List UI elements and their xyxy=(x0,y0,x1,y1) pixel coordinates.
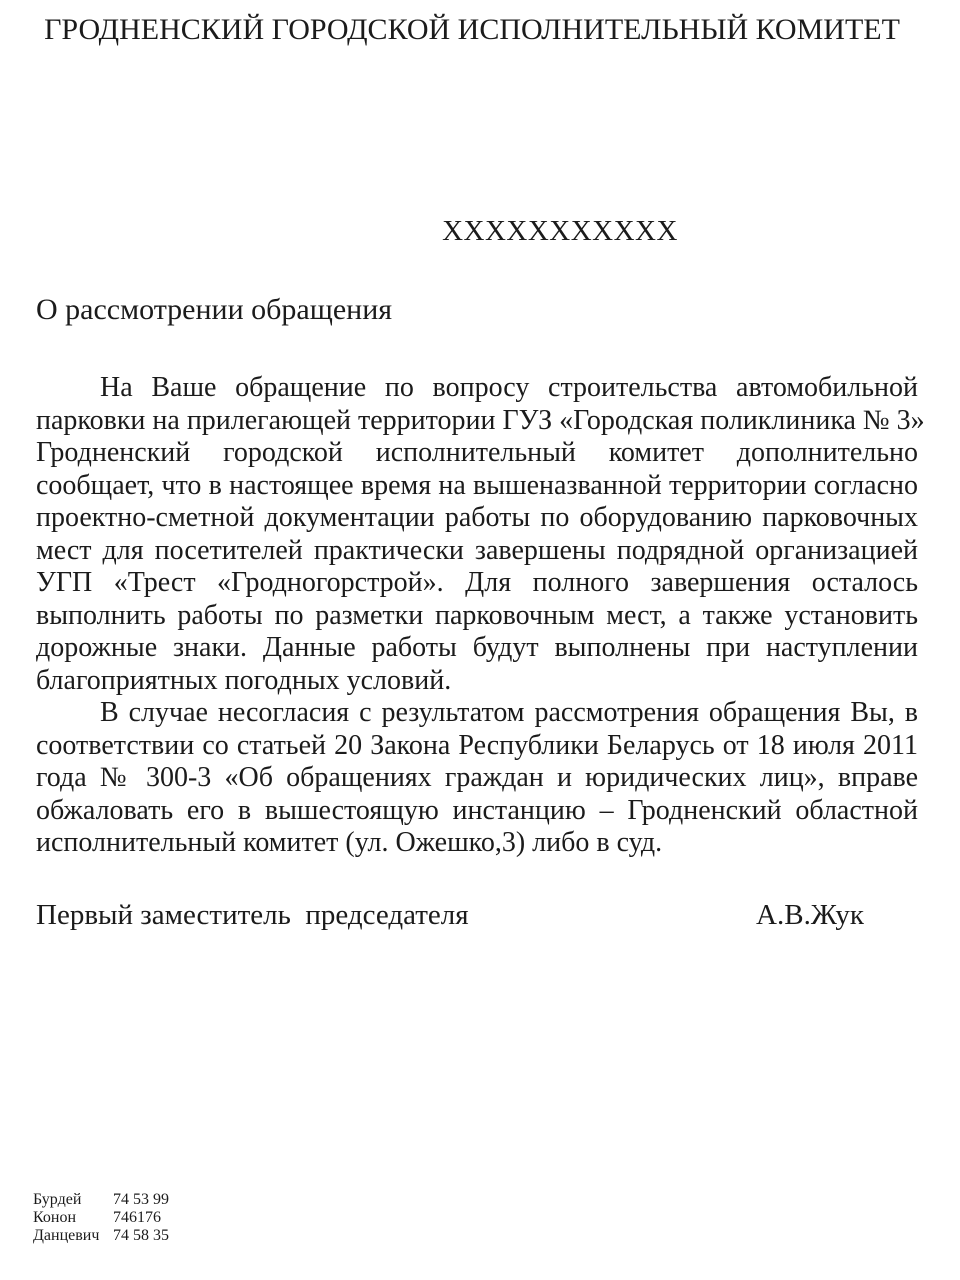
paragraph-line: Гродненский городской исполнительный ком… xyxy=(36,437,918,470)
contact-surname: Конон xyxy=(33,1209,113,1227)
paragraph-line: сообщает, что в настоящее время на вышен… xyxy=(36,470,918,503)
contact-phone: 74 58 35 xyxy=(113,1227,169,1244)
contact-row: Данцевич74 58 35 xyxy=(33,1227,169,1245)
contact-phone: 746176 xyxy=(113,1209,161,1226)
paragraph-line: парковки на прилегающей территории ГУЗ «… xyxy=(36,405,918,438)
paragraph-line: мест для посетителей практически заверше… xyxy=(36,535,918,568)
paragraph-line: благоприятных погодных условий. xyxy=(36,665,918,698)
redacted-recipient-line: ХХХХХХХХХХХ xyxy=(0,214,960,248)
executor-contacts-block: Бурдей74 53 99 Конон746176 Данцевич74 58… xyxy=(33,1191,169,1245)
paragraph-line: выполнить работы по разметки парковочным… xyxy=(36,600,918,633)
paragraph-line: В случае несогласия с результатом рассмо… xyxy=(36,697,918,730)
document-title: ГРОДНЕНСКИЙ ГОРОДСКОЙ ИСПОЛНИТЕЛЬНЫЙ КОМ… xyxy=(0,13,960,47)
contact-surname: Данцевич xyxy=(33,1227,113,1245)
paragraph-2: В случае несогласия с результатом рассмо… xyxy=(36,697,918,860)
document-body: На Ваше обращение по вопросу строительст… xyxy=(36,372,918,860)
paragraph-line: На Ваше обращение по вопросу строительст… xyxy=(36,372,918,405)
contact-surname: Бурдей xyxy=(33,1191,113,1209)
signature-position-title: Первый заместитель председателя xyxy=(36,899,469,932)
signature-name: А.В.Жук xyxy=(756,899,864,932)
paragraph-line: года № 300-3 «Об обращениях граждан и юр… xyxy=(36,762,918,795)
contact-row: Конон746176 xyxy=(33,1209,169,1227)
document-subject: О рассмотрении обращения xyxy=(36,293,392,327)
paragraph-line: исполнительный комитет (ул. Ожешко,3) ли… xyxy=(36,827,918,860)
signature-row: Первый заместитель председателя А.В.Жук xyxy=(36,899,918,932)
paragraph-line: дорожные знаки. Данные работы будут выпо… xyxy=(36,632,918,665)
paragraph-line: УГП «Трест «Гродногорстрой». Для полного… xyxy=(36,567,918,600)
paragraph-line: соответствии со статьей 20 Закона Респуб… xyxy=(36,730,918,763)
contact-phone: 74 53 99 xyxy=(113,1191,169,1208)
paragraph-1: На Ваше обращение по вопросу строительст… xyxy=(36,372,918,697)
contact-row: Бурдей74 53 99 xyxy=(33,1191,169,1209)
paragraph-line: проектно-сметной документации работы по … xyxy=(36,502,918,535)
paragraph-line: обжаловать его в вышестоящую инстанцию –… xyxy=(36,795,918,828)
letter-document-page: ГРОДНЕНСКИЙ ГОРОДСКОЙ ИСПОЛНИТЕЛЬНЫЙ КОМ… xyxy=(0,0,960,1280)
